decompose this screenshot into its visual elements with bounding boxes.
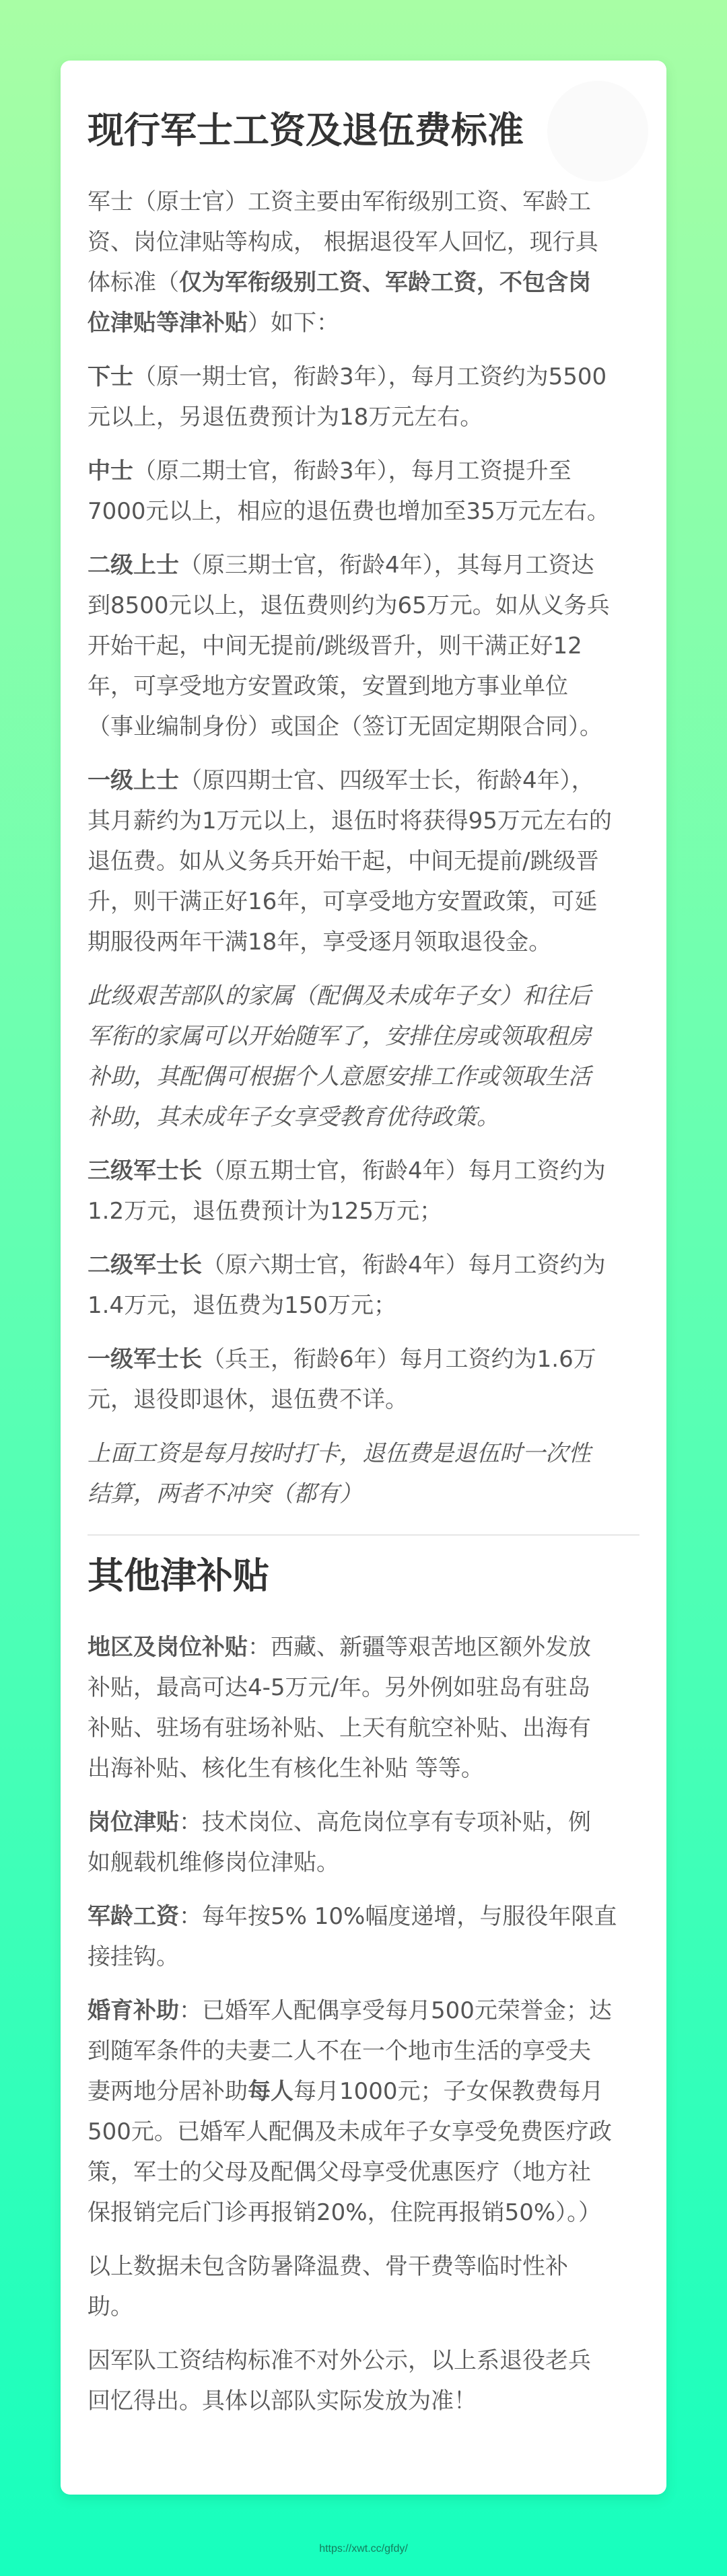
text-line: 资、岗位津贴等构成， 根据退役军人回忆，现行具	[88, 222, 646, 262]
text-line: 1.4万元，退伍费为150万元；	[88, 1285, 646, 1326]
text-span: （原二期士官，衔龄3年），每月工资提升至	[133, 458, 572, 485]
bold-label: 婚育补助	[88, 1997, 179, 2024]
text-line: 500元。已婚军人配偶及未成年子女享受免费医疗政	[88, 2112, 646, 2152]
section-title-allowances: 其他津补贴	[88, 1552, 646, 1600]
text-span: （原六期士官，衔龄4年）每月工资约为	[202, 1252, 606, 1279]
text-span: 军士（原士官）工资主要由军衔级别工资、军龄工	[88, 188, 591, 215]
text-line: 中士（原二期士官，衔龄3年），每月工资提升至	[88, 451, 646, 491]
text-line: 二级军士长（原六期士官，衔龄4年）每月工资约为	[88, 1245, 646, 1285]
paragraph-sanji-junshizhang: 三级军士长（原五期士官，衔龄4年）每月工资约为1.2万元，退伍费预计为125万元…	[88, 1151, 646, 1231]
text-span: 到8500元以上，退伍费则约为65万元。如从义务兵	[88, 592, 610, 619]
text-line: 补贴，最高可达4-5万元/年。另外例如驻岛有驻岛	[88, 1668, 646, 1708]
paragraph-yiji-shangshi: 一级上士（原四期士官、四级军士长，衔龄4年），其月薪约为1万元以上，退伍时将获得…	[88, 760, 646, 962]
text-span: 元以上，另退伍费预计为18万元左右。	[88, 404, 483, 431]
bold-label: 岗位津贴	[88, 1809, 179, 1836]
bold-label: 三级军士长	[88, 1157, 202, 1184]
text-span: 资、岗位津贴等构成， 根据退役军人回忆，现行具	[88, 229, 598, 256]
text-span: 年，可享受地方安置政策，安置到地方事业单位	[88, 673, 568, 700]
section-divider	[88, 1534, 639, 1536]
text-span: 策，军士的父母及配偶父母享受优惠医疗（地方社	[88, 2159, 591, 2186]
text-line: 年，可享受地方安置政策，安置到地方事业单位	[88, 666, 646, 707]
paragraph-salary-note: 上面工资是每月按时打卡，退伍费是退伍时一次性结算，两者不冲突（都有）	[88, 1433, 646, 1514]
bold-label: 一级上士	[88, 767, 179, 794]
text-line: 到8500元以上，退伍费则约为65万元。如从义务兵	[88, 585, 646, 626]
text-span: 妻两地分居补助	[88, 2078, 248, 2105]
text-span: 回忆得出。具体以部队实际发放为准！	[88, 2388, 477, 2414]
paragraph-family-note: 此级艰苦部队的家属（配偶及未成年子女）和往后军衔的家属可以开始随军了，安排住房或…	[88, 976, 646, 1137]
paragraph-seniority-pay: 军龄工资：每年按5% 10%幅度递增，与服役年限直接挂钩。	[88, 1896, 646, 1977]
paragraph-xiashi: 下士（原一期士官，衔龄3年），每月工资约为5500元以上，另退伍费预计为18万元…	[88, 357, 646, 437]
text-span: 因军队工资结构标准不对外公示，以上系退役老兵	[88, 2347, 591, 2374]
text-span: ）如下：	[248, 310, 339, 336]
text-line: 出海补贴、核化生有核化生补贴 等等。	[88, 1748, 646, 1789]
text-span: 补贴，最高可达4-5万元/年。另外例如驻岛有驻岛	[88, 1674, 590, 1701]
text-line: 开始干起，中间无提前/跳级晋升，则干满正好12	[88, 626, 646, 666]
text-line: 其月薪约为1万元以上，退伍时将获得95万元左右的	[88, 801, 646, 841]
text-span: 升，则干满正好16年，可享受地方安置政策，可延	[88, 888, 597, 915]
bold-label: 二级军士长	[88, 1252, 202, 1279]
text-line: 一级上士（原四期士官、四级军士长，衔龄4年），	[88, 760, 646, 801]
text-span: 1.4万元，退伍费为150万元；	[88, 1292, 396, 1319]
text-line: 补助，其配偶可根据个人意愿安排工作或领取生活	[88, 1057, 646, 1097]
text-line: 军衔的家属可以开始随军了，安排住房或领取租房	[88, 1016, 646, 1057]
paragraph-disclaimer: 因军队工资结构标准不对外公示，以上系退役老兵回忆得出。具体以部队实际发放为准！	[88, 2340, 646, 2421]
paragraph-erji-shangshi: 二级上士（原三期士官，衔龄4年），其每月工资达到8500元以上，退伍费则约为65…	[88, 545, 646, 747]
bold-label: 地区及岗位补贴	[88, 1634, 248, 1661]
text-line: 助。	[88, 2287, 646, 2327]
text-span: ：每年按5% 10%幅度递增，与服役年限直	[179, 1903, 617, 1930]
text-line: 位津贴等津补贴）如下：	[88, 303, 646, 343]
text-line: 补助，其未成年子女享受教育优待政策。	[88, 1097, 646, 1137]
text-line: 补贴、驻场有驻场补贴、上天有航空补贴、出海有	[88, 1708, 646, 1748]
text-span: （原一期士官，衔龄3年），每月工资约为5500	[133, 363, 607, 390]
text-line: 保报销完后门诊再报销20%，住院再报销50%）。）	[88, 2192, 646, 2233]
bold-label: 军龄工资	[88, 1903, 179, 1930]
text-span: 以上数据未包含防暑降温费、骨干费等临时性补	[88, 2253, 568, 2280]
text-line: 7000元以上，相应的退伍费也增加至35万元左右。	[88, 491, 646, 532]
text-span: 每月1000元；子女保教费每月	[293, 2078, 604, 2105]
text-line: 军龄工资：每年按5% 10%幅度递增，与服役年限直	[88, 1896, 646, 1937]
text-line: 一级军士长（兵王，衔龄6年）每月工资约为1.6万	[88, 1339, 646, 1380]
text-line: 元以上，另退伍费预计为18万元左右。	[88, 397, 646, 437]
text-span: 退伍费。如从义务兵开始干起，中间无提前/跳级晋	[88, 848, 598, 875]
text-span: 补贴、驻场有驻场补贴、上天有航空补贴、出海有	[88, 1715, 591, 1742]
text-line: 接挂钩。	[88, 1937, 646, 1977]
paragraph-post-allowance: 岗位津贴：技术岗位、高危岗位享有专项补贴，例如舰载机维修岗位津贴。	[88, 1802, 646, 1883]
text-line: 1.2万元，退伍费预计为125万元；	[88, 1191, 646, 1231]
text-line: 二级上士（原三期士官，衔龄4年），其每月工资达	[88, 545, 646, 585]
article-card: 现行军士工资及退伍费标准 军士（原士官）工资主要由军衔级别工资、军龄工资、岗位津…	[61, 61, 666, 2495]
text-line: （事业编制身份）或国企（签订无固定期限合同）。	[88, 707, 646, 747]
text-line: 策，军士的父母及配偶父母享受优惠医疗（地方社	[88, 2152, 646, 2192]
text-span: 补助，其未成年子女享受教育优待政策。	[88, 1104, 499, 1131]
bold-label: 每人	[248, 2078, 293, 2105]
text-line: 到随军条件的夫妻二人不在一个地市生活的享受夫	[88, 2031, 646, 2071]
text-span: 7000元以上，相应的退伍费也增加至35万元左右。	[88, 498, 610, 525]
text-span: 助。	[88, 2293, 133, 2320]
text-span: （原三期士官，衔龄4年），其每月工资达	[179, 552, 594, 579]
footer-url[interactable]: https://xwt.cc/gfdy/	[0, 2541, 727, 2557]
text-line: 回忆得出。具体以部队实际发放为准！	[88, 2381, 646, 2421]
salary-section: 军士（原士官）工资主要由军衔级别工资、军龄工资、岗位津贴等构成， 根据退役军人回…	[88, 182, 646, 1514]
text-line: 下士（原一期士官，衔龄3年），每月工资约为5500	[88, 357, 646, 397]
text-span: （原五期士官，衔龄4年）每月工资约为	[202, 1157, 606, 1184]
text-span: ：西藏、新疆等艰苦地区额外发放	[248, 1634, 591, 1661]
text-line: 军士（原士官）工资主要由军衔级别工资、军龄工	[88, 182, 646, 222]
text-span: 上面工资是每月按时打卡，退伍费是退伍时一次性	[88, 1440, 591, 1467]
text-line: 婚育补助：已婚军人配偶享受每月500元荣誉金；达	[88, 1991, 646, 2031]
text-span: 到随军条件的夫妻二人不在一个地市生活的享受夫	[88, 2038, 591, 2065]
text-span: 体标准（	[88, 269, 179, 296]
article-content: 现行军士工资及退伍费标准 军士（原士官）工资主要由军衔级别工资、军龄工资、岗位津…	[88, 61, 646, 2421]
text-span: 接挂钩。	[88, 1943, 179, 1970]
text-span: （原四期士官、四级军士长，衔龄4年），	[179, 767, 594, 794]
text-span: 军衔的家属可以开始随军了，安排住房或领取租房	[88, 1023, 591, 1050]
text-span: 如舰载机维修岗位津贴。	[88, 1849, 339, 1876]
text-span: 出海补贴、核化生有核化生补贴 等等。	[88, 1755, 484, 1782]
text-line: 体标准（仅为军衔级别工资、军龄工资，不包含岗	[88, 262, 646, 303]
bold-label: 中士	[88, 458, 133, 485]
text-span: ：技术岗位、高危岗位享有专项补贴，例	[179, 1809, 591, 1836]
bold-label: 下士	[88, 363, 133, 390]
page-title: 现行军士工资及退伍费标准	[88, 106, 646, 155]
text-span: 元，退役即退休，退伍费不详。	[88, 1386, 408, 1413]
text-line: 三级军士长（原五期士官，衔龄4年）每月工资约为	[88, 1151, 646, 1191]
text-span: 补助，其配偶可根据个人意愿安排工作或领取生活	[88, 1063, 591, 1090]
paragraph-exclusions-note: 以上数据未包含防暑降温费、骨干费等临时性补助。	[88, 2246, 646, 2327]
paragraph-marriage-childcare: 婚育补助：已婚军人配偶享受每月500元荣誉金；达到随军条件的夫妻二人不在一个地市…	[88, 1991, 646, 2233]
bold-label: 位津贴等津补贴	[88, 310, 248, 336]
text-line: 如舰载机维修岗位津贴。	[88, 1842, 646, 1883]
text-line: 退伍费。如从义务兵开始干起，中间无提前/跳级晋	[88, 841, 646, 882]
allowances-section: 地区及岗位补贴：西藏、新疆等艰苦地区额外发放补贴，最高可达4-5万元/年。另外例…	[88, 1627, 646, 2421]
text-span: 500元。已婚军人配偶及未成年子女享受免费医疗政	[88, 2118, 612, 2145]
text-span: 结算，两者不冲突（都有）	[88, 1480, 362, 1507]
text-line: 妻两地分居补助每人每月1000元；子女保教费每月	[88, 2071, 646, 2112]
paragraph-yiji-junshizhang: 一级军士长（兵王，衔龄6年）每月工资约为1.6万元，退役即退休，退伍费不详。	[88, 1339, 646, 1420]
text-span: ：已婚军人配偶享受每月500元荣誉金；达	[179, 1997, 612, 2024]
bold-label: 二级上士	[88, 552, 179, 579]
text-span: （兵王，衔龄6年）每月工资约为1.6万	[202, 1346, 596, 1373]
text-line: 以上数据未包含防暑降温费、骨干费等临时性补	[88, 2246, 646, 2287]
paragraph-zhongshi: 中士（原二期士官，衔龄3年），每月工资提升至7000元以上，相应的退伍费也增加至…	[88, 451, 646, 532]
text-line: 期服役两年干满18年，享受逐月领取退役金。	[88, 922, 646, 962]
text-line: 上面工资是每月按时打卡，退伍费是退伍时一次性	[88, 1433, 646, 1474]
bold-label: 仅为军衔级别工资、军龄工资，不包含岗	[179, 269, 591, 296]
text-span: 开始干起，中间无提前/跳级晋升，则干满正好12	[88, 633, 582, 659]
bold-label: 一级军士长	[88, 1346, 202, 1373]
paragraph-intro: 军士（原士官）工资主要由军衔级别工资、军龄工资、岗位津贴等构成， 根据退役军人回…	[88, 182, 646, 343]
text-line: 地区及岗位补贴：西藏、新疆等艰苦地区额外发放	[88, 1627, 646, 1668]
text-span: 其月薪约为1万元以上，退伍时将获得95万元左右的	[88, 808, 612, 834]
text-line: 升，则干满正好16年，可享受地方安置政策，可延	[88, 882, 646, 922]
text-span: 期服役两年干满18年，享受逐月领取退役金。	[88, 929, 551, 956]
text-span: 1.2万元，退伍费预计为125万元；	[88, 1198, 442, 1225]
text-span: 此级艰苦部队的家属（配偶及未成年子女）和往后	[88, 982, 591, 1009]
text-line: 元，退役即退休，退伍费不详。	[88, 1380, 646, 1420]
text-span: （事业编制身份）或国企（签订无固定期限合同）。	[88, 713, 602, 740]
text-line: 岗位津贴：技术岗位、高危岗位享有专项补贴，例	[88, 1802, 646, 1842]
text-line: 结算，两者不冲突（都有）	[88, 1474, 646, 1514]
text-span: 保报销完后门诊再报销20%，住院再报销50%）。）	[88, 2199, 601, 2226]
paragraph-erji-junshizhang: 二级军士长（原六期士官，衔龄4年）每月工资约为1.4万元，退伍费为150万元；	[88, 1245, 646, 1326]
text-line: 因军队工资结构标准不对外公示，以上系退役老兵	[88, 2340, 646, 2381]
paragraph-region-post-allowance: 地区及岗位补贴：西藏、新疆等艰苦地区额外发放补贴，最高可达4-5万元/年。另外例…	[88, 1627, 646, 1789]
text-line: 此级艰苦部队的家属（配偶及未成年子女）和往后	[88, 976, 646, 1016]
